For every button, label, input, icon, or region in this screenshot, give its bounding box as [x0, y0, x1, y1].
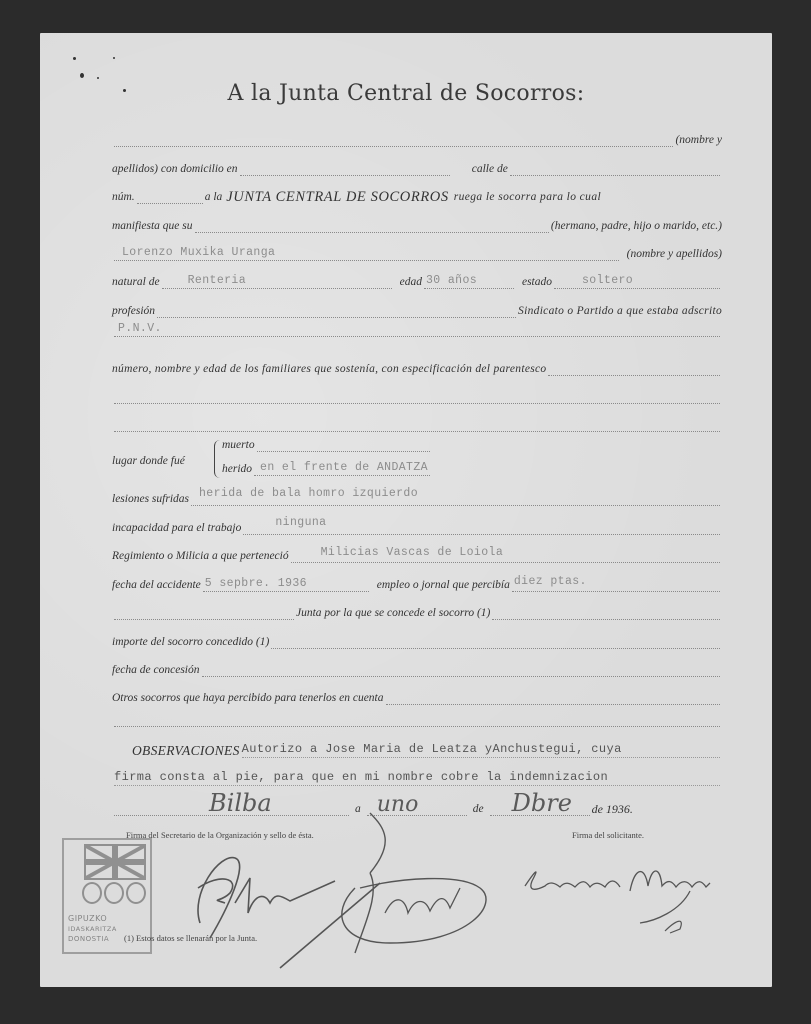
familiares-field-3[interactable] — [114, 417, 720, 432]
junta-field-a[interactable] — [114, 605, 294, 620]
form-line-nombre: Lorenzo Muxika Uranga (nombre y apellido… — [112, 243, 722, 261]
label-de: de — [473, 802, 484, 816]
label-empleo: empleo o jornal que percibía — [377, 578, 510, 592]
applicant-caption: Firma del solicitante. — [572, 830, 644, 840]
natural-field[interactable]: Renteria — [162, 274, 392, 289]
regimiento-value: Milicias Vascas de Loiola — [321, 546, 504, 559]
label-observaciones: OBSERVACIONES — [132, 744, 240, 758]
label-junta-central: JUNTA CENTRAL DE SOCORROS — [226, 190, 448, 204]
document-page: A la Junta Central de Socorros: (nombre … — [40, 33, 772, 987]
label-sindicato: Sindicato o Partido a que estaba adscrit… — [518, 304, 722, 318]
domicilio-field[interactable] — [240, 161, 450, 176]
trees-icon — [82, 882, 146, 906]
form-line-regimiento: Regimiento o Milicia a que perteneció Mi… — [112, 545, 722, 563]
incapacidad-field[interactable]: ninguna — [243, 520, 720, 535]
estado-field[interactable]: soltero — [554, 274, 720, 289]
month-handwritten: Dbre — [512, 789, 572, 817]
paper-speck — [80, 73, 84, 78]
observaciones-value-1: Autorizo a Jose Maria de Leatza yAnchust… — [242, 742, 622, 756]
fecha-accidente-field[interactable]: 5 sepbre. 1936 — [203, 577, 369, 592]
calle-field[interactable] — [510, 161, 720, 176]
month-field[interactable]: Dbre — [490, 801, 590, 816]
partido-field[interactable]: P.N.V. — [114, 322, 720, 337]
empleo-field[interactable]: diez ptas. — [512, 577, 720, 592]
form-line-otros-2 — [112, 709, 722, 727]
lesiones-field[interactable]: herida de bala homro izquierdo — [191, 491, 720, 506]
label-herido: herido — [222, 462, 252, 476]
label-num: núm. — [112, 190, 135, 204]
label-a-la: a la — [205, 190, 223, 204]
page-title: A la Junta Central de Socorros: — [40, 81, 772, 106]
label-a: a — [355, 802, 361, 816]
estado-value: soltero — [582, 274, 633, 287]
partido-value: P.N.V. — [118, 322, 162, 335]
name-field[interactable] — [114, 132, 673, 147]
label-regimiento: Regimiento o Milicia a que perteneció — [112, 549, 289, 563]
form-line-observaciones: OBSERVACIONES Autorizo a Jose Maria de L… — [112, 740, 722, 758]
familiares-field-2[interactable] — [114, 389, 720, 404]
form-line-num: núm. a la JUNTA CENTRAL DE SOCORROS rueg… — [112, 186, 722, 204]
form-line-concesion: fecha de concesión — [112, 659, 722, 677]
place-handwritten: Bilba — [209, 789, 272, 817]
day-field[interactable]: uno — [367, 801, 467, 816]
empleo-value: diez ptas. — [514, 575, 587, 588]
form-line-incapacidad: incapacidad para el trabajo ninguna — [112, 517, 722, 535]
label-muerto: muerto — [222, 438, 255, 452]
nombre-value: Lorenzo Muxika Uranga — [122, 246, 275, 259]
form-line-date: Bilba a uno de Dbre de 1936. — [112, 798, 722, 816]
label-manifiesta: manifiesta que su — [112, 219, 193, 233]
label-nombre-apellidos: (nombre y apellidos) — [627, 247, 722, 261]
paper-speck — [73, 57, 76, 60]
label-year: de 1936. — [592, 802, 633, 816]
observaciones-value-2: firma consta al pie, para que en mi nomb… — [114, 770, 608, 784]
form-line-muerto: muerto — [222, 434, 432, 452]
day-handwritten: uno — [377, 792, 419, 817]
incapacidad-value: ninguna — [275, 516, 326, 529]
flag-icon — [84, 844, 146, 880]
form-line-observaciones-2: firma consta al pie, para que en mi nomb… — [112, 768, 722, 786]
label-ruega: ruega le socorra para lo cual — [454, 190, 601, 204]
otros-field[interactable] — [386, 690, 721, 705]
label-natural: natural de — [112, 275, 160, 289]
otros-field-2[interactable] — [114, 712, 720, 727]
form-line-junta: Junta por la que se concede el socorro (… — [112, 602, 722, 620]
muerto-field[interactable] — [257, 437, 430, 452]
observaciones-field[interactable]: Autorizo a Jose Maria de Leatza yAnchust… — [242, 743, 720, 758]
label-lugar: lugar donde fué — [112, 454, 185, 468]
concesion-field[interactable] — [202, 662, 721, 677]
form-line-familiares-3 — [112, 414, 722, 432]
herido-value: en el frente de ANDATZA — [260, 461, 428, 474]
form-line-profesion: profesión Sindicato o Partido a que esta… — [112, 300, 722, 318]
label-otros: Otros socorros que haya percibido para t… — [112, 691, 384, 705]
label-hermano-padre: (hermano, padre, hijo o marido, etc.) — [551, 219, 722, 233]
num-field[interactable] — [137, 189, 203, 204]
label-calle: calle de — [472, 162, 508, 176]
secretary-signature — [180, 833, 480, 963]
place-field[interactable]: Bilba — [114, 801, 349, 816]
label-concesion: fecha de concesión — [112, 663, 200, 677]
brace — [214, 440, 221, 478]
herido-field[interactable]: en el frente de ANDATZA — [254, 461, 430, 476]
form-line-familiares-2 — [112, 386, 722, 404]
applicant-signature — [520, 861, 720, 941]
label-nombre-y: (nombre y — [675, 133, 722, 147]
label-estado: estado — [522, 275, 552, 289]
form-line-natural: natural de Renteria edad 30 años estado … — [112, 271, 722, 289]
form-line-importe: importe del socorro concedido (1) — [112, 631, 722, 649]
label-importe: importe del socorro concedido (1) — [112, 635, 269, 649]
form-line-familiares: número, nombre y edad de los familiares … — [112, 358, 722, 376]
nombre-apellidos-field[interactable]: Lorenzo Muxika Uranga — [114, 246, 619, 261]
label-junta: Junta por la que se concede el socorro (… — [296, 606, 490, 620]
edad-field[interactable]: 30 años — [424, 274, 514, 289]
lesiones-value: herida de bala homro izquierdo — [199, 487, 418, 500]
form-line-accidente: fecha del accidente 5 sepbre. 1936 emple… — [112, 574, 722, 592]
parentesco-field[interactable] — [195, 218, 549, 233]
importe-field[interactable] — [271, 634, 720, 649]
label-domicilio: apellidos) con domicilio en — [112, 162, 238, 176]
form-line-herido: herido en el frente de ANDATZA — [222, 458, 432, 476]
label-edad: edad — [400, 275, 422, 289]
observaciones-field-2[interactable]: firma consta al pie, para que en mi nomb… — [114, 771, 720, 786]
form-line-name: (nombre y — [112, 129, 722, 147]
label-incapacidad: incapacidad para el trabajo — [112, 521, 241, 535]
junta-field-b[interactable] — [492, 605, 720, 620]
edad-value: 30 años — [426, 274, 477, 287]
label-lesiones: lesiones sufridas — [112, 492, 189, 506]
familiares-field[interactable] — [548, 361, 720, 376]
regimiento-field[interactable]: Milicias Vascas de Loiola — [291, 548, 720, 563]
fecha-accidente-value: 5 sepbre. 1936 — [205, 577, 307, 590]
paper-speck — [113, 57, 115, 59]
form-line-otros: Otros socorros que haya percibido para t… — [112, 687, 722, 705]
label-profesion: profesión — [112, 304, 155, 318]
label-fecha-accidente: fecha del accidente — [112, 578, 201, 592]
form-line-lesiones: lesiones sufridas herida de bala homro i… — [112, 488, 722, 506]
paper-speck — [97, 77, 99, 79]
profesion-field[interactable] — [157, 303, 516, 318]
form-line-domicilio: apellidos) con domicilio en calle de — [112, 158, 722, 176]
stamp-text: GIPUZKO IDASKARITZA DONOSTIA — [68, 914, 126, 944]
label-familiares: número, nombre y edad de los familiares … — [112, 362, 546, 376]
form-line-manifiesta: manifiesta que su (hermano, padre, hijo … — [112, 215, 722, 233]
form-line-partido: P.N.V. — [112, 319, 722, 337]
natural-value: Renteria — [188, 274, 246, 287]
